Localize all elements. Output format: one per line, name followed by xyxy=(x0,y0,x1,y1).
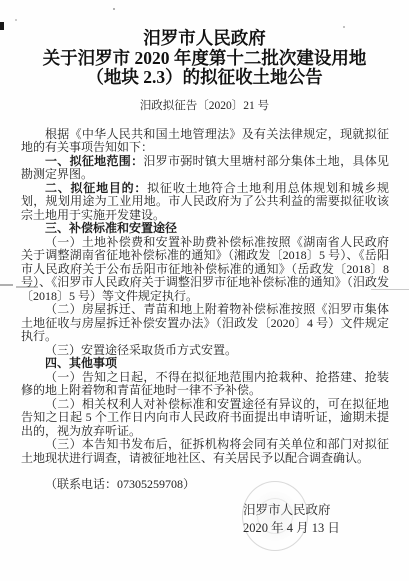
paragraph-other-1: （一）告知之日起，不得在拟征地范围内抢栽种、抢搭建、抢装修的地上附着物和青苗征地… xyxy=(21,371,389,398)
paragraph-section-2-purpose: 二、拟征地目的：拟征收土地符合土地利用总体规划和城乡规划，规划用途为工业用地。市… xyxy=(21,182,389,223)
title-line-3: （地块 2.3）的拟征收土地公告 xyxy=(0,68,409,88)
paragraph-other-2: （二）相关权利人对补偿标准和安置途径有异议的，可在拟征地告知之日起 5 个工作日… xyxy=(21,398,389,439)
scan-speck xyxy=(15,19,17,21)
scan-dash xyxy=(371,289,409,290)
signature-org: 汨罗市人民政府 xyxy=(243,501,340,519)
signature-date: 2020 年 4 月 13 日 xyxy=(243,519,340,537)
paragraph-section-3-heading: 三、补偿标准和安置途径 xyxy=(21,222,389,236)
paragraph-section-4-heading: 四、其他事项 xyxy=(21,357,389,371)
paragraph-compensation-1: （一）土地补偿费和安置补助费补偿标准按照《湖南省人民政府关于调整湖南省征地补偿标… xyxy=(21,236,389,304)
paragraph-intro: 根据《中华人民共和国土地管理法》及有关法律规定，现就拟征地的有关事项告知如下： xyxy=(21,128,389,155)
paragraph-other-3: （三）本告知书发布后，征拆机构将会同有关单位和部门对拟征土地现状进行调查，请被征… xyxy=(21,438,389,465)
scan-dash xyxy=(0,284,13,286)
contact-phone-line: （联系电话：07305259708） xyxy=(21,478,389,492)
document-body: 根据《中华人民共和国土地管理法》及有关法律规定，现就拟征地的有关事项告知如下： … xyxy=(21,128,389,492)
paragraph-section-1-scope: 一、拟征地范围：汨罗市弼时镇大里塘村部分集体土地，具体见勘测定界图。 xyxy=(21,155,389,182)
paragraph-compensation-3: （三）安置途径采取货币方式安置。 xyxy=(21,344,389,358)
title-line-2: 关于汨罗市 2020 年度第十二批次建设用地 xyxy=(0,49,409,69)
scan-speck xyxy=(343,26,345,28)
scan-mark xyxy=(0,22,4,30)
scanned-announcement-page: 汨罗市人民政府 关于汨罗市 2020 年度第十二批次建设用地 （地块 2.3）的… xyxy=(0,0,409,581)
document-number: 汨政拟征告〔2020〕21 号 xyxy=(0,97,409,113)
title-line-1: 汨罗市人民政府 xyxy=(0,29,409,49)
signature-block: 汨罗市人民政府 2020 年 4 月 13 日 xyxy=(243,501,340,537)
paragraph-compensation-2: （二）房屋拆迁、青苗和地上附着物补偿标准按照《汨罗市集体土地征收与房屋拆迁补偿安… xyxy=(21,303,389,344)
document-title: 汨罗市人民政府 关于汨罗市 2020 年度第十二批次建设用地 （地块 2.3）的… xyxy=(0,0,409,88)
scan-speck xyxy=(113,8,115,10)
scan-dash xyxy=(16,286,38,288)
